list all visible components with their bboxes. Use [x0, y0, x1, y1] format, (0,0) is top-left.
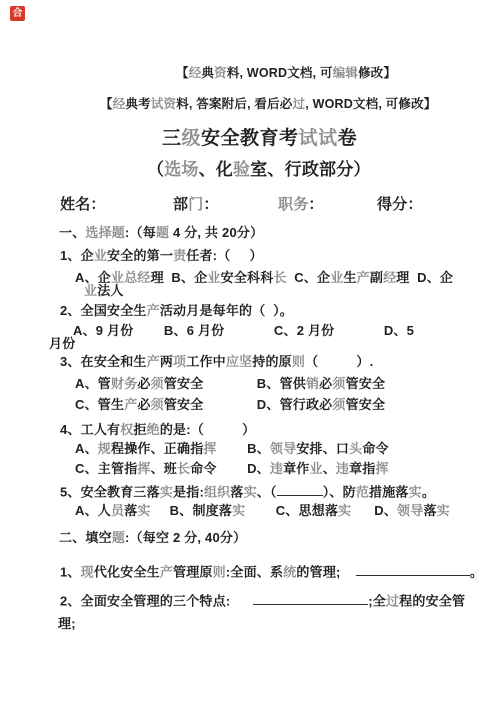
text-run: 落 — [423, 503, 436, 518]
doc-title: 三级安全教育考试试卷 — [162, 128, 357, 151]
text-run: 命令 D、 — [190, 461, 270, 476]
text-run: 绝 — [147, 422, 160, 437]
text-run: 经 — [189, 66, 202, 80]
text-run: 卷 — [338, 128, 358, 149]
text-run: 必 — [137, 376, 150, 391]
text-run: 理 D、企 — [396, 270, 453, 285]
text-run: 验 — [233, 160, 250, 179]
text-run: 业 — [207, 270, 220, 285]
text-run: 法人 — [97, 283, 123, 298]
text-run: 室、行政部分） — [250, 160, 370, 179]
text-run: 须 — [151, 376, 164, 391]
text-run: 业 — [310, 461, 323, 476]
text-run: 须 — [151, 397, 164, 412]
text-run: 财务 — [111, 376, 137, 391]
question-3-options-line-2: C、管生产必须管安全 D、管行政必须管安全 — [75, 397, 385, 413]
text-run: :全面、系 — [226, 564, 283, 579]
text-run: 组织 — [204, 484, 230, 499]
text-run: 的是:（ ） — [160, 422, 255, 437]
text-run: A、9 月份 B、6 月份 C、2 月份 D、5 — [73, 323, 414, 338]
text-run: 过 — [293, 97, 306, 111]
text-run: 题 — [112, 530, 125, 545]
text-run: 职务 — [278, 196, 308, 213]
text-run: 管安全 — [346, 376, 386, 391]
text-run: 选场 — [164, 160, 198, 179]
text-run: 实 — [437, 503, 450, 518]
text-run: 【 — [176, 66, 189, 80]
text-run: 须 — [332, 397, 345, 412]
text-run: 经 — [113, 97, 126, 111]
question-2: 2、全国安全生产活动月是每年的（ ）。 — [60, 303, 293, 319]
text-run: 责 — [173, 248, 186, 263]
question-4-options-line-2: C、主管指挥、班长命令 D、违章作业、违章指挥 — [75, 461, 389, 477]
text-run: 1、企 — [60, 248, 94, 263]
info-name-label: 姓名： — [60, 196, 106, 214]
text-run: 实 — [409, 484, 422, 499]
text-run: 实 — [160, 484, 173, 499]
text-run: 员 — [111, 503, 124, 518]
text-run: 得分： — [377, 196, 423, 213]
text-run: :（每空 2 分, 40分） — [125, 530, 246, 545]
text-run: 安全教育考 — [201, 128, 299, 149]
text-run: 项 — [173, 354, 186, 369]
text-run: 管安全 B、管供 — [164, 376, 306, 391]
text-run: 、班 — [151, 461, 177, 476]
text-run: 代化安全生 — [94, 564, 160, 579]
question-2-options-line-1: A、9 月份 B、6 月份 C、2 月份 D、5 — [73, 323, 414, 339]
text-run: 挥 — [137, 461, 150, 476]
text-run: 实 — [232, 503, 245, 518]
text-run: :（每 — [125, 225, 156, 240]
text-run: 头 — [349, 441, 362, 456]
text-run: 二、填空 — [59, 530, 112, 545]
text-run: 理; — [58, 616, 76, 631]
text-run: 章作 — [283, 461, 309, 476]
doc-subtitle: （选场、化验室、行政部分） — [147, 160, 371, 180]
text-run: 。 — [470, 564, 483, 579]
text-run: 门 — [188, 196, 203, 213]
text-run: 措施落 — [369, 484, 409, 499]
text-run: 安全科科 — [221, 270, 274, 285]
header-note-2: 【经典考试资料, 答案附后, 看后必过, WORD文档, 可修改】 — [100, 97, 437, 112]
text-run: ;全 — [368, 593, 386, 608]
text-run: 典考 — [125, 97, 150, 111]
text-run: 落 — [230, 484, 243, 499]
text-run: ）、防 — [323, 484, 356, 499]
text-run: 权 — [120, 422, 133, 437]
text-run: 级 — [182, 128, 202, 149]
text-run: 实 — [244, 484, 257, 499]
text-run: 5、安全教育三落 — [60, 484, 160, 499]
text-run: 、（ — [257, 484, 277, 499]
text-run: 违 — [336, 461, 349, 476]
text-run: 规 — [98, 441, 111, 456]
text-run: 料, 答案附后, 看后必 — [176, 97, 292, 111]
text-run: 章指 — [349, 461, 375, 476]
text-run: 业 — [330, 270, 343, 285]
text-run: C、管生 — [75, 397, 124, 412]
text-run: 销 — [306, 376, 319, 391]
text-run: D、 — [351, 503, 397, 518]
text-run: 持的原 — [252, 354, 292, 369]
document-page: 合 【经典资料, WORD文档, 可编辑修改】 【经典考试资料, 答案附后, 看… — [0, 0, 500, 707]
text-run: 管安全 — [346, 397, 386, 412]
text-run: C、主管指 — [75, 461, 137, 476]
text-run: 安全的第一 — [107, 248, 173, 263]
text-run: 须 — [332, 376, 345, 391]
text-run: 经 — [383, 270, 396, 285]
text-run: 题 — [156, 225, 169, 240]
text-run: ： — [203, 196, 218, 213]
text-run: 管理原 — [173, 564, 213, 579]
question-4-options-line-1: A、规程操作、正确指挥 B、领导安排、口头命令 — [75, 441, 389, 457]
text-run: C、企 — [287, 270, 331, 285]
text-run: 副 — [370, 270, 383, 285]
fill-question-2-continued: 理; — [58, 616, 76, 632]
text-run: 必 — [319, 376, 332, 391]
text-run: 实 — [338, 503, 351, 518]
text-run: 领导 — [397, 503, 423, 518]
text-run: 典 — [201, 66, 214, 80]
text-run: 月份 — [49, 336, 75, 351]
text-run: 选择题 — [85, 225, 125, 240]
text-run: 则 — [213, 564, 226, 579]
question-1: 1、企业安全的第一责任者:（ ） — [60, 248, 263, 264]
text-run: C、思想落 — [245, 503, 338, 518]
text-run: , WORD文档, 可修改】 — [305, 97, 436, 111]
text-run: （ ）. — [305, 354, 373, 369]
text-run: 拒 — [133, 422, 146, 437]
text-run: 3、在安全和生 — [60, 354, 147, 369]
text-run: B、制度落 — [151, 503, 232, 518]
question-4: 4、工人有权拒绝的是:（ ） — [60, 422, 255, 438]
question-5: 5、安全教育三落实是指:组织落实、（）、防范措施落实。 — [60, 483, 435, 500]
text-run: 资 — [214, 66, 227, 80]
text-run: 2、全面安全管理的三个特点: — [60, 593, 253, 608]
text-run: ： — [308, 196, 323, 213]
section-1-heading: 一、选择题:（每题 4 分, 共 20分） — [59, 225, 263, 241]
text-run: 任者:（ ） — [186, 248, 262, 263]
text-run: 现 — [81, 564, 94, 579]
fill-question-1: 1、现代化安全生产管理原则:全面、系统的管理; 。 — [60, 563, 483, 580]
question-3-options-line-1: A、管财务必须管安全 B、管供销必须管安全 — [75, 376, 385, 392]
text-run: 产 — [160, 564, 173, 579]
text-run: 三 — [162, 128, 182, 149]
text-run: 业 — [94, 248, 107, 263]
question-1-options-line-2: 业法人 — [84, 283, 124, 299]
text-run: 、 — [323, 461, 336, 476]
text-run: 挥 — [376, 461, 389, 476]
text-run: A、管 — [75, 376, 111, 391]
text-run: 落 — [124, 503, 137, 518]
text-run: A、 — [75, 441, 98, 456]
text-run: 活动月是每年的（ ）。 — [160, 303, 293, 318]
text-run: 产 — [124, 397, 137, 412]
text-run: B、 — [217, 441, 270, 456]
text-run: 料, WORD文档, 可 — [227, 66, 333, 80]
fill-question-2: 2、全面安全管理的三个特点: ;全过程的安全管 — [60, 592, 465, 609]
text-run: （ — [147, 160, 164, 179]
text-run: 过 — [386, 593, 399, 608]
text-run: 修改】 — [358, 66, 396, 80]
text-run: 理 B、企 — [151, 270, 208, 285]
text-run: 管安全 D、管行政必 — [164, 397, 333, 412]
text-run: 产 — [147, 354, 160, 369]
text-run: A、人 — [75, 503, 111, 518]
text-run: 领导 — [270, 441, 296, 456]
text-run: 统 — [283, 564, 296, 579]
text-run: 是指: — [173, 484, 204, 499]
text-run: 命令 — [362, 441, 388, 456]
header-note-1: 【经典资料, WORD文档, 可编辑修改】 — [176, 66, 396, 81]
text-run: 范 — [356, 484, 369, 499]
text-run: 部 — [173, 196, 188, 213]
text-run: 则 — [292, 354, 305, 369]
text-run: 4、工人有 — [60, 422, 120, 437]
text-run: 长 — [273, 270, 286, 285]
text-run: 2、全国安全生 — [60, 303, 147, 318]
text-run: 应坚 — [226, 354, 252, 369]
text-run: 两 — [160, 354, 173, 369]
text-run: 1、 — [60, 564, 81, 579]
blank-underline — [277, 483, 323, 496]
text-run: 试资 — [151, 97, 176, 111]
text-run: 生 — [343, 270, 356, 285]
text-run: 姓名： — [60, 196, 106, 213]
info-dept-label: 部门： — [173, 196, 219, 214]
info-score-label: 得分： — [377, 196, 423, 214]
question-3: 3、在安全和生产两项工作中应坚持的原则（ ）. — [60, 354, 373, 370]
corner-seal-icon: 合 — [10, 6, 25, 21]
text-run: 必 — [137, 397, 150, 412]
text-run: 试试 — [299, 128, 338, 149]
question-2-options-line-2: 月份 — [49, 336, 75, 352]
question-1-options-line-1: A、企业总经理 B、企业安全科科长 C、企业生产副经理 D、企 — [75, 270, 453, 286]
info-position-label: 职务： — [278, 196, 324, 214]
text-run: 【 — [100, 97, 113, 111]
text-run: 工作中 — [186, 354, 226, 369]
text-run: 违 — [270, 461, 283, 476]
text-run: 的管理; — [296, 564, 355, 579]
text-run: 挥 — [203, 441, 216, 456]
text-run: 业 — [84, 283, 97, 298]
text-run: 产 — [147, 303, 160, 318]
text-run: 产 — [357, 270, 370, 285]
text-run: 长 — [177, 461, 190, 476]
blank-underline — [253, 592, 368, 605]
text-run: 程操作、正确指 — [111, 441, 203, 456]
section-2-heading: 二、填空题:（每空 2 分, 40分） — [59, 530, 246, 546]
text-run: 、化 — [199, 160, 233, 179]
text-run: 程的安全管 — [399, 593, 465, 608]
text-run: 。 — [422, 484, 435, 499]
text-run: 安排、口 — [296, 441, 349, 456]
blank-underline — [356, 563, 470, 576]
text-run: 实 — [137, 503, 150, 518]
question-5-options-line-1: A、人员落实 B、制度落实 C、思想落实 D、领导落实 — [75, 503, 450, 519]
text-run: 一、 — [59, 225, 85, 240]
text-run: 4 分, 共 20分） — [169, 225, 263, 240]
text-run: 编辑 — [333, 66, 358, 80]
